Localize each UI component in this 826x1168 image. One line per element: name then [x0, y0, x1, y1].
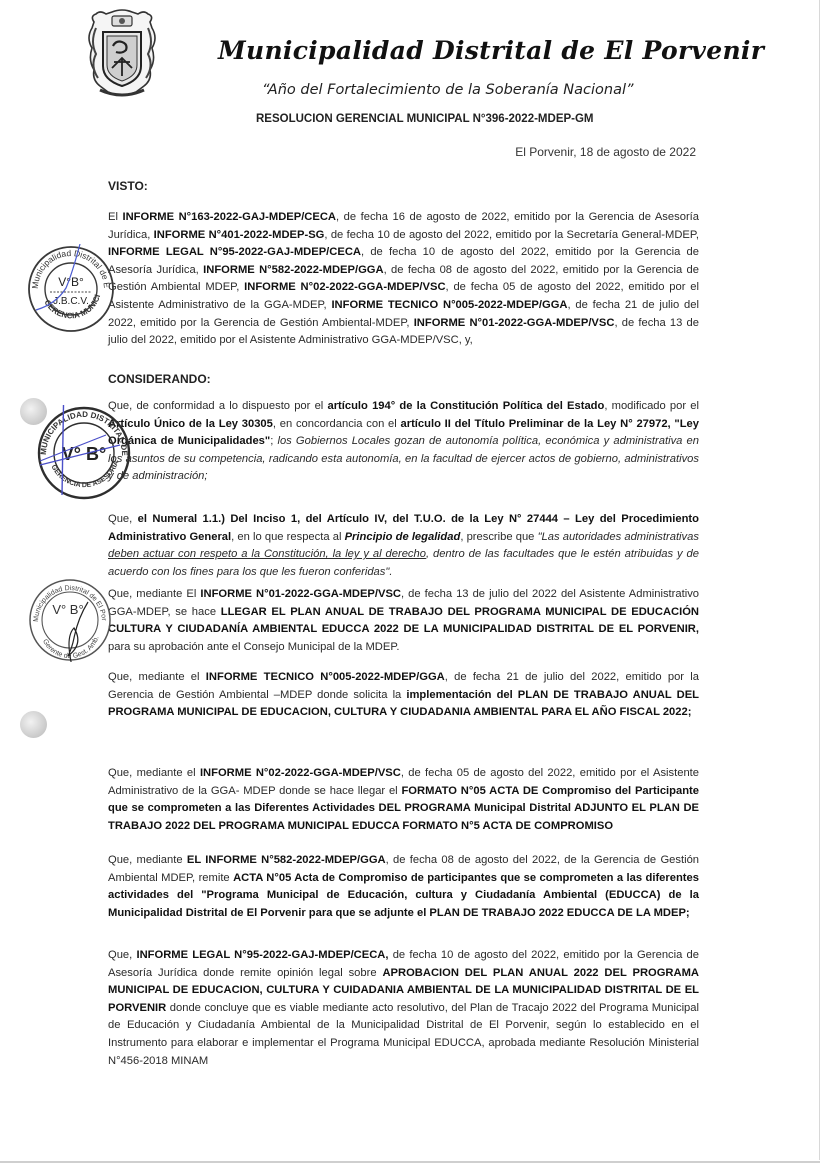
considerando-paragraph: Que, mediante el INFORME N°02-2022-GGA-M… — [108, 765, 699, 835]
considerando-paragraph: Que, INFORME LEGAL N°95-2022-GAJ-MDEP/CE… — [108, 947, 699, 1070]
punch-hole-icon — [20, 711, 47, 738]
considerando-paragraph: Que, mediante El INFORME N°01-2022-GGA-M… — [108, 586, 699, 656]
considerando-paragraph: Que, el Numeral 1.1.) Del Inciso 1, del … — [108, 511, 699, 581]
considerando-paragraph: Que, mediante el INFORME TECNICO N°005-2… — [108, 669, 699, 722]
approval-stamp: Municipalidad Distrital de El Porvenir G… — [28, 578, 112, 662]
page-edge — [819, 0, 820, 1160]
considerando-heading: CONSIDERANDO: — [108, 372, 211, 386]
svg-text:V°B°: V°B° — [58, 275, 84, 289]
considerando-paragraph: Que, de conformidad a lo dispuesto por e… — [108, 398, 699, 486]
coat-of-arms-icon — [86, 8, 158, 100]
approval-stamp: Municipalidad Distrital de El Porvenir G… — [26, 244, 116, 334]
document-page: Municipalidad Distrital de El Porvenir “… — [0, 0, 826, 1168]
organization-name: Municipalidad Distrital de El Porvenir — [218, 36, 764, 65]
resolution-title: RESOLUCION GERENCIAL MUNICIPAL N°396-202… — [256, 113, 594, 125]
considerando-paragraph: Que, mediante EL INFORME N°582-2022-MDEP… — [108, 852, 699, 922]
place-date: El Porvenir, 18 de agosto de 2022 — [515, 145, 696, 159]
page-edge — [0, 1161, 820, 1163]
year-motto: “Año del Fortalecimiento de la Soberanía… — [262, 82, 634, 98]
visto-paragraph: El INFORME N°163-2022-GAJ-MDEP/CECA, de … — [108, 209, 699, 350]
punch-hole-icon — [20, 398, 47, 425]
visto-heading: VISTO: — [108, 179, 148, 193]
svg-text:V° B°: V° B° — [52, 602, 83, 617]
approval-stamp: MUNICIPALIDAD DISTRITAL DE EL PORVENIR G… — [36, 405, 132, 501]
